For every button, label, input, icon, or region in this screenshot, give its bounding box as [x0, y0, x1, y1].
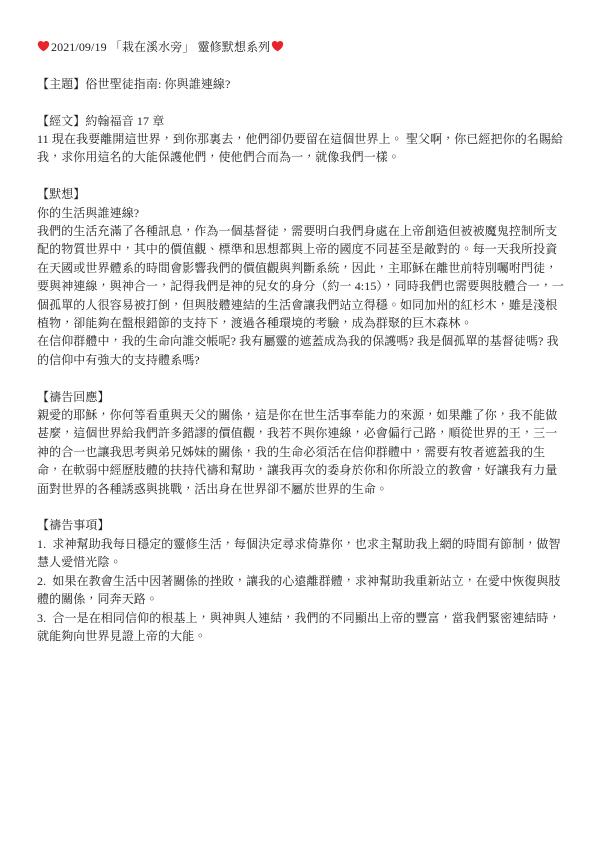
- heart-icon: [271, 40, 284, 52]
- scripture-heading: 【經文】約翰福音 17 章: [37, 112, 565, 130]
- header-line: 2021/09/19 「栽在溪水旁」 靈修默想系列: [37, 38, 565, 56]
- document-page: 2021/09/19 「栽在溪水旁」 靈修默想系列 【主題】俗世聖徒指南: 你與…: [0, 0, 595, 842]
- prayer-response-heading: 【禱告回應】: [37, 388, 565, 406]
- scripture-section: 【經文】約翰福音 17 章 11 現在我要離開這世界，到你那裏去，他們卻仍要留在…: [37, 112, 565, 167]
- scripture-verse: 11 現在我要離開這世界，到你那裏去，他們卻仍要留在這個世界上。 聖父啊，你已經…: [37, 130, 565, 167]
- prayer-response-section: 【禱告回應】 親愛的耶穌，你何等看重與天父的關係，這是你在世生活事奉能力的來源，…: [37, 388, 565, 498]
- prayer-item: 3. 合一是在相同信仰的根基上，與神與人連結，我們的不同顯出上帝的豐富，當我們緊…: [37, 609, 565, 646]
- prayer-items-section: 【禱告事項】 1. 求神幫助我每日穩定的靈修生活，每個決定尋求倚靠你，也求主幫助…: [37, 516, 565, 645]
- heart-icon: [37, 40, 50, 52]
- meditation-body: 我們的生活充滿了各種訊息，作為一個基督徒，需要明白我們身處在上帝創造但被被魔鬼控…: [37, 222, 565, 332]
- meditation-reflection-questions: 在信仰群體中，我的生命向誰交帳呢? 我有屬靈的遮蓋成為我的保護嗎? 我是個孤單的…: [37, 332, 565, 369]
- prayer-item: 2. 如果在教會生活中因著關係的挫敗，讓我的心遠離群體，求神幫助我重新站立，在愛…: [37, 572, 565, 609]
- topic-heading: 【主題】俗世聖徒指南: 你與誰連線?: [37, 75, 565, 93]
- header-title: 2021/09/19 「栽在溪水旁」 靈修默想系列: [51, 40, 270, 54]
- meditation-question: 你的生活與誰連線?: [37, 204, 565, 222]
- meditation-heading: 【默想】: [37, 185, 565, 203]
- prayer-item: 1. 求神幫助我每日穩定的靈修生活，每個決定尋求倚靠你，也求主幫助我上網的時間有…: [37, 535, 565, 572]
- prayer-response-body: 親愛的耶穌，你何等看重與天父的關係，這是你在世生活事奉能力的來源，如果離了你，我…: [37, 406, 565, 498]
- prayer-items-heading: 【禱告事項】: [37, 516, 565, 534]
- topic-section: 【主題】俗世聖徒指南: 你與誰連線?: [37, 75, 565, 93]
- meditation-section: 【默想】 你的生活與誰連線? 我們的生活充滿了各種訊息，作為一個基督徒，需要明白…: [37, 185, 565, 369]
